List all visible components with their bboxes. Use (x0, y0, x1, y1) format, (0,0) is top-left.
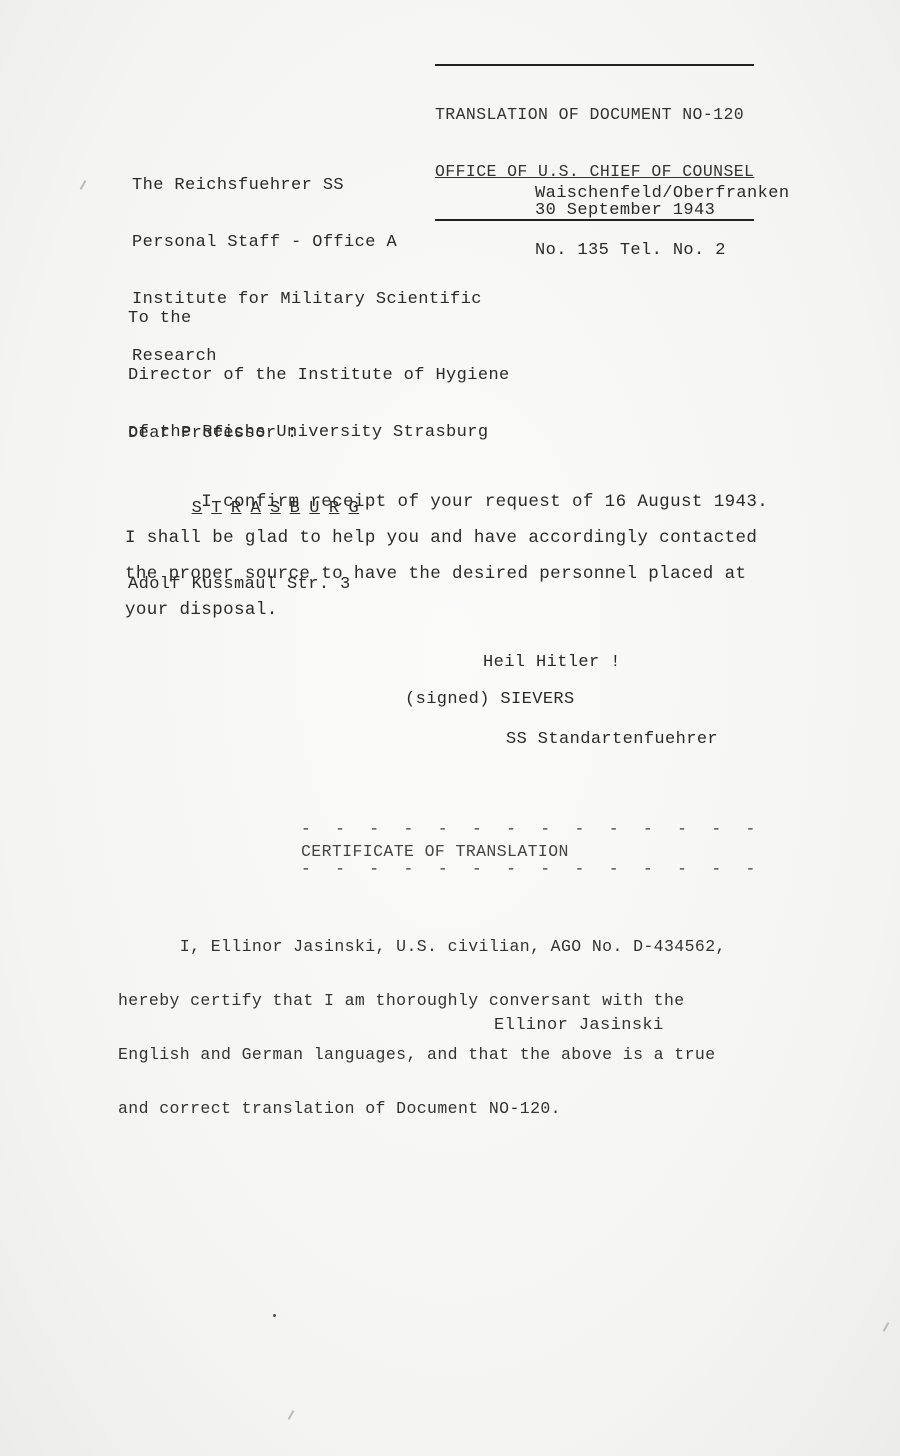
certificate-line: English and German languages, and that t… (118, 1046, 726, 1064)
paper-speck (273, 1314, 276, 1317)
sender-line: The Reichsfuehrer SS (132, 176, 482, 195)
letter-body: I confirm receipt of your request of 16 … (125, 484, 825, 628)
certificate-divider-bottom: - - - - - - - - - - - - - - (301, 860, 763, 878)
header-line-1: TRANSLATION OF DOCUMENT NO-120 (435, 105, 754, 124)
document-page: TRANSLATION OF DOCUMENT NO-120 OFFICE OF… (0, 0, 900, 1456)
body-line: I confirm receipt of your request of 16 … (125, 484, 825, 520)
body-line: the proper source to have the desired pe… (125, 556, 825, 592)
paper-mark (883, 1322, 890, 1332)
sender-line: Personal Staff - Office A (132, 233, 482, 252)
body-line: I shall be glad to help you and have acc… (125, 520, 825, 556)
place-line: No. 135 Tel. No. 2 (535, 241, 789, 260)
closing-signed: (signed) SIEVERS (405, 690, 575, 709)
certificate-signature: Ellinor Jasinski (494, 1016, 664, 1035)
paper-mark (80, 180, 87, 190)
addressee-line: Director of the Institute of Hygiene (128, 366, 510, 385)
body-line: your disposal. (125, 592, 825, 628)
certificate-title: CERTIFICATE OF TRANSLATION (301, 842, 569, 861)
certificate-line: I, Ellinor Jasinski, U.S. civilian, AGO … (118, 938, 726, 956)
place-block: Waischenfeld/Oberfranken No. 135 Tel. No… (535, 146, 789, 298)
letter-date: 30 September 1943 (535, 201, 715, 220)
salutation: Dear Professor : (128, 424, 298, 443)
closing-greeting: Heil Hitler ! (483, 653, 621, 672)
paper-mark (288, 1410, 295, 1420)
certificate-line: hereby certify that I am thoroughly conv… (118, 992, 726, 1010)
closing-rank: SS Standartenfuehrer (506, 730, 718, 749)
certificate-line: and correct translation of Document NO-1… (118, 1100, 726, 1118)
addressee-line: To the (128, 309, 510, 328)
certificate-divider-top: - - - - - - - - - - - - - - (301, 820, 763, 838)
